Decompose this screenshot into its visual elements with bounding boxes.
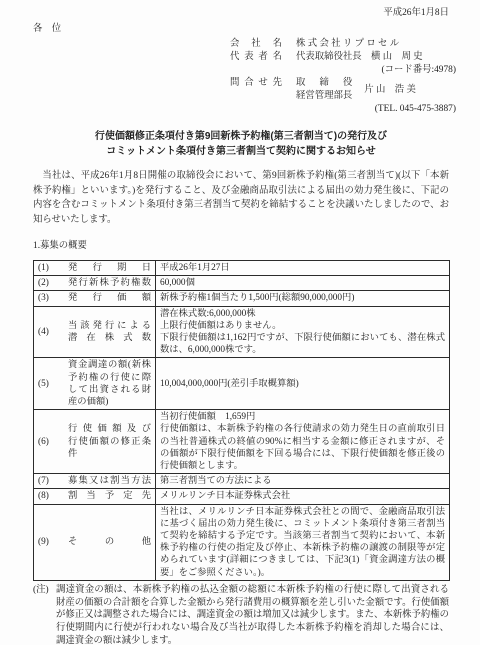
- row-label: 当 該 発 行 に よ る 潜 在 株 式 数: [68, 320, 151, 344]
- row-number: (7): [38, 475, 68, 487]
- notice-title-line1: 行使価額修正条項付き第9回新株予約権(第三者割当て)の発行及び: [33, 129, 449, 144]
- stock-code: (コード番号:4978): [230, 64, 456, 77]
- row-value-cell: 平成26年1月27日: [156, 261, 450, 276]
- contact-value: 取 締 役 経営管理部長 片 山 浩 美: [296, 77, 456, 103]
- row-label: 発行新株予約権数: [68, 277, 151, 289]
- contact-title-line2: 経営管理部長: [296, 90, 352, 103]
- row-header-cell: (5) 資金調達の額(新株予約権の行使に際して出資される財産の価額): [34, 358, 156, 410]
- addressee: 各 位: [33, 23, 449, 36]
- contact-name: 片 山 浩 美: [364, 84, 416, 97]
- row-header-cell: (8) 割 当 予 定 先: [34, 489, 156, 504]
- row-label: 資金調達の額(新株予約権の行使に際して出資される財産の価額): [68, 359, 151, 408]
- row-header-cell: (3) 発 行 価 額: [34, 291, 156, 306]
- table-row: (6) 行 使 価 額 及 び 行使価額の修正条件 当初行使価額 1,659円 …: [34, 410, 450, 474]
- footnote: (注) 調達資金の額は、本新株予約権の払込金額の総額に本新株予約権の行使に際して…: [33, 584, 449, 645]
- row-header-cell: (9) そ の 他: [34, 504, 156, 580]
- document-page: 平成26年1月8日 各 位 会 社 名 株 式 会 社 リ プ ロ セ ル 代表…: [0, 0, 480, 645]
- row-value-cell: 第三者割当ての方法による: [156, 474, 450, 489]
- table-row: (8) 割 当 予 定 先 メリルリンチ日本証券株式会社: [34, 489, 450, 504]
- company-name-row: 会 社 名 株 式 会 社 リ プ ロ セ ル: [230, 38, 456, 51]
- row-label: 行 使 価 額 及 び 行使価額の修正条件: [68, 423, 151, 460]
- contact-label: 問合せ先: [230, 77, 282, 103]
- intro-paragraph: 当社は、平成26年1月8日開催の取締役会において、第9回新株予約権(第三者割当て…: [33, 169, 449, 227]
- company-name-label: 会 社 名: [230, 38, 282, 51]
- footnote-label: (注): [33, 584, 56, 645]
- contact-title-line1: 取 締 役: [296, 77, 352, 90]
- contact-tel: (TEL. 045-475-3887): [230, 103, 456, 116]
- row-number: (2): [38, 277, 68, 289]
- row-number: (1): [38, 262, 68, 274]
- table-row: (9) そ の 他 当社は、メリルリンチ日本証券株式会社との間で、金融商品取引法…: [34, 504, 450, 580]
- row-number: (4): [38, 326, 68, 338]
- footnote-text: 調達資金の額は、本新株予約権の払込金額の総額に本新株予約権の行使に際して出資され…: [56, 584, 449, 645]
- document-date: 平成26年1月8日: [33, 7, 449, 20]
- section-1-heading: 1.募集の概要: [33, 240, 449, 253]
- row-value-cell: 潜在株式数:6,000,000株 上限行使価額はありません。 下限行使価額は1,…: [156, 306, 450, 358]
- company-name-value: 株 式 会 社 リ プ ロ セ ル: [296, 38, 456, 51]
- company-header: 会 社 名 株 式 会 社 リ プ ロ セ ル 代表者名 代表取締役社長 横 山…: [230, 38, 456, 116]
- row-label: 発 行 価 額: [68, 292, 151, 304]
- offering-summary-table: (1) 発 行 期 日 平成26年1月27日 (2) 発行新株予約権数 60,0…: [33, 260, 450, 581]
- row-value-cell: 新株予約権1個当たり1,500円(総額90,000,000円): [156, 291, 450, 306]
- contact-title: 取 締 役 経営管理部長: [296, 77, 352, 103]
- row-header-cell: (7) 募集又は割当方法: [34, 474, 156, 489]
- row-number: (3): [38, 292, 68, 304]
- row-number: (5): [38, 378, 68, 390]
- row-label: そ の 他: [68, 536, 151, 548]
- row-number: (9): [38, 536, 68, 548]
- table-row: (7) 募集又は割当方法 第三者割当ての方法による: [34, 474, 450, 489]
- row-value-cell: メリルリンチ日本証券株式会社: [156, 489, 450, 504]
- row-value-cell: 60,000個: [156, 276, 450, 291]
- row-value-cell: 当初行使価額 1,659円 行使価額は、本新株予約権の各行使請求の効力発生日の直…: [156, 410, 450, 474]
- row-header-cell: (4) 当 該 発 行 に よ る 潜 在 株 式 数: [34, 306, 156, 358]
- table-row: (2) 発行新株予約権数 60,000個: [34, 276, 450, 291]
- row-label: 割 当 予 定 先: [68, 490, 151, 502]
- row-label: 募集又は割当方法: [68, 475, 151, 487]
- representative-row: 代表者名 代表取締役社長 横 山 周 史: [230, 51, 456, 64]
- contact-row: 問合せ先 取 締 役 経営管理部長 片 山 浩 美: [230, 77, 456, 103]
- table-row: (5) 資金調達の額(新株予約権の行使に際して出資される財産の価額) 10,00…: [34, 358, 450, 410]
- table-row: (1) 発 行 期 日 平成26年1月27日: [34, 261, 450, 276]
- row-header-cell: (2) 発行新株予約権数: [34, 276, 156, 291]
- representative-label: 代表者名: [230, 51, 282, 64]
- notice-title: 行使価額修正条項付き第9回新株予約権(第三者割当て)の発行及び コミットメント条…: [33, 129, 449, 159]
- row-label: 発 行 期 日: [68, 262, 151, 274]
- row-number: (6): [38, 436, 68, 448]
- row-value-cell: 10,004,000,000円(差引手取概算額): [156, 358, 450, 410]
- table-row: (3) 発 行 価 額 新株予約権1個当たり1,500円(総額90,000,00…: [34, 291, 450, 306]
- row-number: (8): [38, 490, 68, 502]
- row-header-cell: (6) 行 使 価 額 及 び 行使価額の修正条件: [34, 410, 156, 474]
- row-value-cell: 当社は、メリルリンチ日本証券株式会社との間で、金融商品取引法に基づく届出の効力発…: [156, 504, 450, 580]
- notice-title-line2: コミットメント条項付き第三者割当て契約に関するお知らせ: [33, 144, 449, 159]
- representative-value: 代表取締役社長 横 山 周 史: [296, 51, 456, 64]
- table-row: (4) 当 該 発 行 に よ る 潜 在 株 式 数 潜在株式数:6,000,…: [34, 306, 450, 358]
- row-header-cell: (1) 発 行 期 日: [34, 261, 156, 276]
